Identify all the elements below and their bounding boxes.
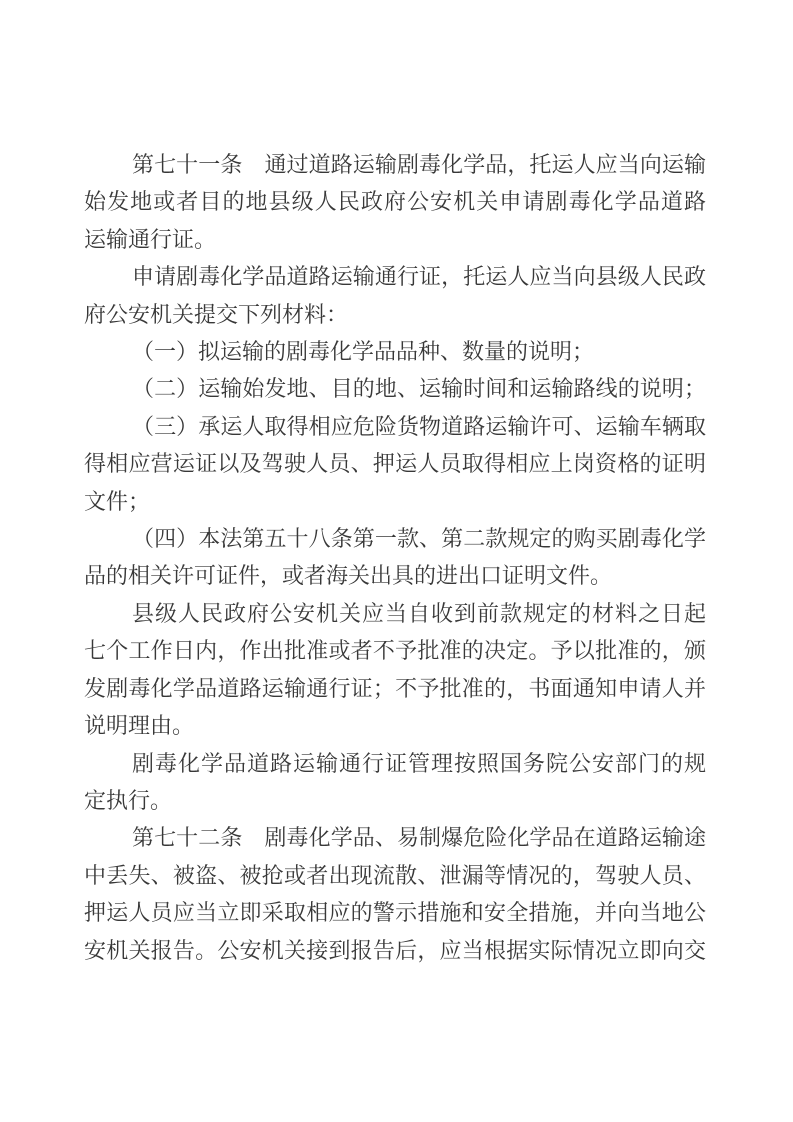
text-line: 发剧毒化学品道路运输通行证；不予批准的，书面通知申请人并 [84, 670, 706, 707]
text-line: 中丢失、被盗、被抢或者出现流散、泄漏等情况的，驾驶人员、 [84, 857, 706, 894]
text-line: 第七十二条 剧毒化学品、易制爆危险化学品在道路运输途 [84, 819, 706, 856]
text-line: 品的相关许可证件，或者海关出具的进出口证明文件。 [84, 557, 706, 594]
text-line: （三）承运人取得相应危险货物道路运输许可、运输车辆取 [84, 408, 706, 445]
article-71-item-3: （三）承运人取得相应危险货物道路运输许可、运输车辆取得相应营运证以及驾驶人员、押… [84, 408, 706, 520]
article-71-para-1: 第七十一条 通过道路运输剧毒化学品，托运人应当向运输始发地或者目的地县级人民政府… [84, 146, 706, 258]
text-line: 七个工作日内，作出批准或者不予批准的决定。予以批准的，颁 [84, 632, 706, 669]
article-71-item-2: （二）运输始发地、目的地、运输时间和运输路线的说明； [84, 370, 706, 407]
article-71-item-1: （一）拟运输的剧毒化学品品种、数量的说明； [84, 333, 706, 370]
article-71-para-2: 申请剧毒化学品道路运输通行证，托运人应当向县级人民政府公安机关提交下列材料： [84, 258, 706, 333]
text-line: 得相应营运证以及驾驶人员、押运人员取得相应上岗资格的证明 [84, 445, 706, 482]
text-line: 文件； [84, 483, 706, 520]
text-line: 运输通行证。 [84, 221, 706, 258]
text-line: 始发地或者目的地县级人民政府公安机关申请剧毒化学品道路 [84, 183, 706, 220]
document-page: 第七十一条 通过道路运输剧毒化学品，托运人应当向运输始发地或者目的地县级人民政府… [0, 0, 793, 1122]
text-line: （四）本法第五十八条第一款、第二款规定的购买剧毒化学 [84, 520, 706, 557]
article-71-item-4: （四）本法第五十八条第一款、第二款规定的购买剧毒化学品的相关许可证件，或者海关出… [84, 520, 706, 595]
article-71-para-4: 剧毒化学品道路运输通行证管理按照国务院公安部门的规定执行。 [84, 745, 706, 820]
text-line: 府公安机关提交下列材料： [84, 296, 706, 333]
article-71-para-3: 县级人民政府公安机关应当自收到前款规定的材料之日起七个工作日内，作出批准或者不予… [84, 595, 706, 745]
text-line: 第七十一条 通过道路运输剧毒化学品，托运人应当向运输 [84, 146, 706, 183]
text-line: 安机关报告。公安机关接到报告后，应当根据实际情况立即向交 [84, 932, 706, 969]
text-line: 说明理由。 [84, 707, 706, 744]
text-line: 申请剧毒化学品道路运输通行证，托运人应当向县级人民政 [84, 258, 706, 295]
text-line: 押运人员应当立即采取相应的警示措施和安全措施，并向当地公 [84, 894, 706, 931]
text-line: （一）拟运输的剧毒化学品品种、数量的说明； [84, 333, 706, 370]
document-body: 第七十一条 通过道路运输剧毒化学品，托运人应当向运输始发地或者目的地县级人民政府… [84, 146, 706, 969]
article-72-para-1: 第七十二条 剧毒化学品、易制爆危险化学品在道路运输途中丢失、被盗、被抢或者出现流… [84, 819, 706, 969]
text-line: 定执行。 [84, 782, 706, 819]
text-line: 剧毒化学品道路运输通行证管理按照国务院公安部门的规 [84, 745, 706, 782]
text-line: （二）运输始发地、目的地、运输时间和运输路线的说明； [84, 370, 706, 407]
text-line: 县级人民政府公安机关应当自收到前款规定的材料之日起 [84, 595, 706, 632]
